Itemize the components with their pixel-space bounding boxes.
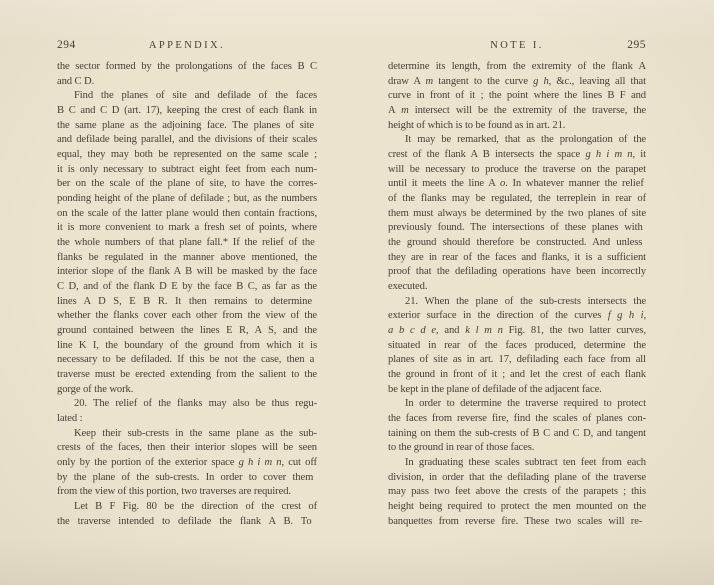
text-line: them must always be determined by the tw… <box>388 207 646 222</box>
text-line: of the flanks may be regulated, the terr… <box>388 192 646 207</box>
text-line: division, in order that the defilading p… <box>388 471 646 486</box>
text-line: C D, and of the flank D E by the face B … <box>57 280 317 295</box>
text-line: Find the planes of site and defilade of … <box>57 89 317 104</box>
text-line: by the plane of the sub-crests. In order… <box>57 471 317 486</box>
text-line: B C and C D (art. 17), keeping the crest… <box>57 104 317 119</box>
text-line: taining on them the sub-crests of B C an… <box>388 427 646 442</box>
text-line: previously found. The intersections of t… <box>388 221 646 236</box>
text-line: whether the flanks cover each other from… <box>57 309 317 324</box>
text-line: traverse must be erected extending from … <box>57 368 317 383</box>
text-line: and defilade being parallel, and the div… <box>57 133 317 148</box>
text-line: on the scale of the latter plane would t… <box>57 207 317 222</box>
text-line: lines A D S, E B R. It then remains to d… <box>57 295 317 310</box>
text-line: In order to determine the traverse requi… <box>388 397 646 412</box>
text-line: until it meets the line A o. In whatever… <box>388 177 646 192</box>
text-line: crest of the flank A B intersects the sp… <box>388 148 646 163</box>
text-line: Let B F Fig. 80 be the direction of the … <box>57 500 317 515</box>
text-line: gorge of the work. <box>57 383 317 398</box>
text-line: It may be remarked, that as the prolonga… <box>388 133 646 148</box>
left-page-header: 294 APPENDIX. <box>57 38 317 52</box>
text-line: situated in rear of the faces produced, … <box>388 339 646 354</box>
text-line: only by the portion of the exterior spac… <box>57 456 317 471</box>
page-text-left: the sector formed by the prolongations o… <box>57 60 317 530</box>
text-line: In graduating these scales subtract ten … <box>388 456 646 471</box>
text-line: the traverse intended to defilade the fl… <box>57 515 317 530</box>
text-line: necessary to be defiladed. If this be no… <box>57 353 317 368</box>
text-line: it is more convenient to mark a fresh se… <box>57 221 317 236</box>
text-line: be kept in the plane of defilade of the … <box>388 383 646 398</box>
text-line: they are in rear of the faces and flanks… <box>388 251 646 266</box>
text-line: the same plane as the adjoining face. Th… <box>57 119 317 134</box>
text-line: height being required to protect the men… <box>388 500 646 515</box>
text-line: exterior surface in the direction of the… <box>388 309 646 324</box>
text-line: 21. When the plane of the sub-crests int… <box>388 295 646 310</box>
text-line: proof that the defilading operations hav… <box>388 265 646 280</box>
text-line: determine its length, from the extremity… <box>388 60 646 75</box>
text-line: A m intersect will be the extremity of t… <box>388 104 646 119</box>
text-line: curve in front of it ; the point where t… <box>388 89 646 104</box>
text-line: interior slope of the flank A B will be … <box>57 265 317 280</box>
text-line: equal, they may both be represented on t… <box>57 148 317 163</box>
text-line: banquettes from reverse fire. These two … <box>388 515 646 530</box>
text-line: height of which is to be found as in art… <box>388 119 646 134</box>
text-line: the ground should therefore be construct… <box>388 236 646 251</box>
text-line: lated : <box>57 412 317 427</box>
text-line: planes of site as in art. 17, defilading… <box>388 353 646 368</box>
page-number-right: 295 <box>544 38 646 52</box>
book-scan: 294 APPENDIX. the sector formed by the p… <box>0 0 714 585</box>
text-line: line K I, the boundary of the ground fro… <box>57 339 317 354</box>
text-line: from the view of this portion, two trave… <box>57 485 317 500</box>
running-title-left: APPENDIX. <box>149 39 225 53</box>
text-line: to the ground in rear of those faces. <box>388 441 646 456</box>
running-title-right: NOTE I. <box>490 39 544 53</box>
text-line: the faces from reverse fire, find the sc… <box>388 412 646 427</box>
text-line: the ground in front of it ; and let the … <box>388 368 646 383</box>
left-page: 294 APPENDIX. the sector formed by the p… <box>57 38 317 530</box>
page-number-left: 294 <box>57 38 149 52</box>
text-line: the sector formed by the prolongations o… <box>57 60 317 75</box>
text-line: may pass two feet above the crests of th… <box>388 485 646 500</box>
text-line: ponding height of the plane of defilade … <box>57 192 317 207</box>
text-line: the whole numbers of that plane fall.* I… <box>57 236 317 251</box>
text-line: and C D. <box>57 75 317 90</box>
text-line: a b c d e, and k l m n Fig. 81, the two … <box>388 324 646 339</box>
text-line: crests of the faces, then their interior… <box>57 441 317 456</box>
text-line: draw A m tangent to the curve g h, &c., … <box>388 75 646 90</box>
text-line: ber on the scale of the plane of site, t… <box>57 177 317 192</box>
page-text-right: determine its length, from the extremity… <box>388 60 646 530</box>
text-line: ground contained between the lines E R, … <box>57 324 317 339</box>
text-line: 20. The relief of the flanks may also be… <box>57 397 317 412</box>
right-page: NOTE I. 295 determine its length, from t… <box>388 38 646 530</box>
text-line: flanks be regulated in the manner above … <box>57 251 317 266</box>
text-line: it is only necessary to subtract eight f… <box>57 163 317 178</box>
right-page-header: NOTE I. 295 <box>388 38 646 52</box>
text-line: executed. <box>388 280 646 295</box>
text-line: Keep their sub-crests in the same plane … <box>57 427 317 442</box>
text-line: will be necessary to produce the travers… <box>388 163 646 178</box>
